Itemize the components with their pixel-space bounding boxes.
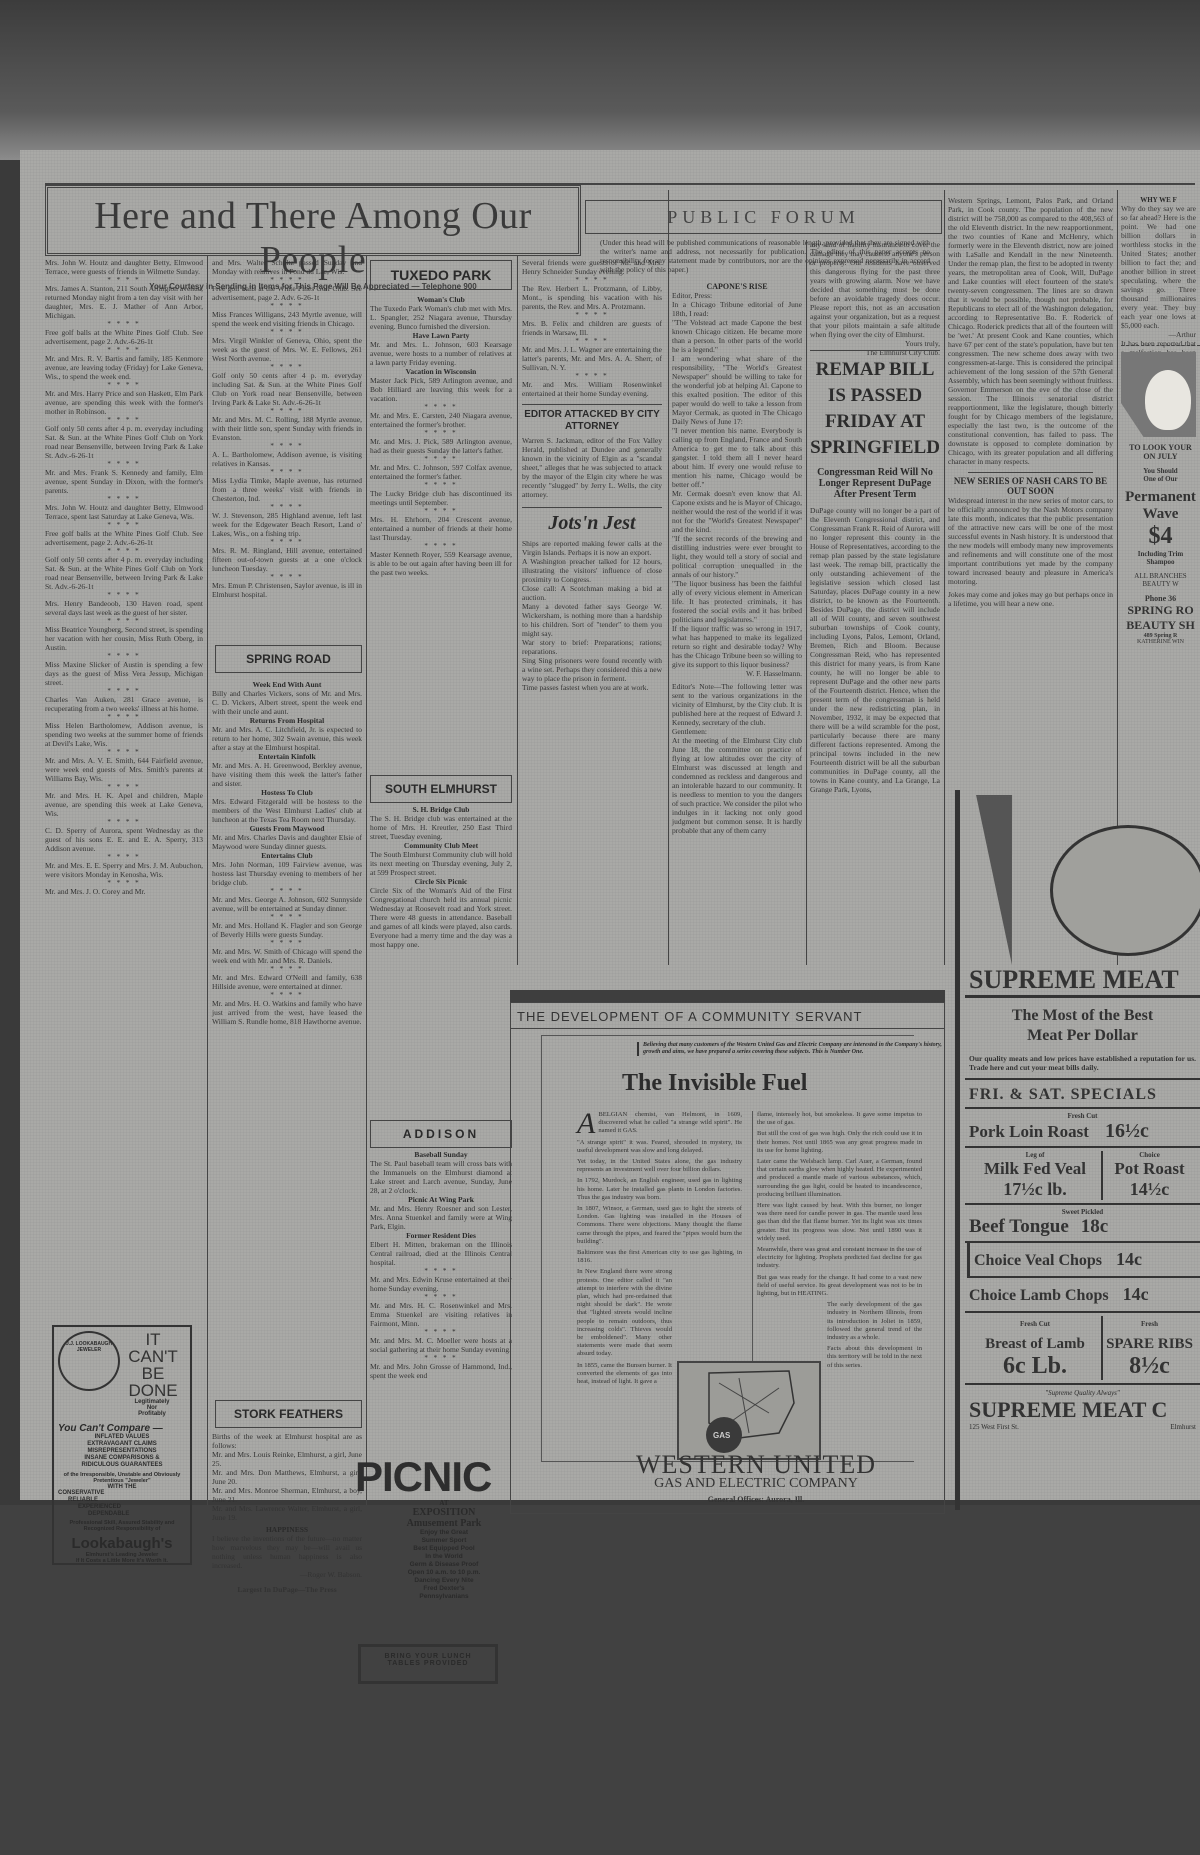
news-item: Mr. and Mrs. E. E. Sperry and Mrs. J. M.… xyxy=(45,861,203,879)
jeweler-logo: J.J. LOOKABAUGH JEWELER xyxy=(58,1331,120,1391)
news-item: Mr. and Mrs. Charles Davis and daughter … xyxy=(212,833,362,851)
subhead: Entertains Club xyxy=(212,851,362,860)
separator: * * * * xyxy=(45,748,203,756)
news-item: Mr. and Mrs. H. C. Rosenwinkel and Mrs. … xyxy=(370,1301,512,1328)
picnic-at: AT xyxy=(383,1499,505,1507)
picnic-line: Germ & Disease Proof xyxy=(383,1561,505,1569)
news-item: Billy and Charles Vickers, sons of Mr. a… xyxy=(212,689,362,716)
news-item: Mr. and Mrs. A. C. Litchfield, Jr. is ex… xyxy=(212,725,362,752)
news-item: The Lucky Bridge club has discontinued i… xyxy=(370,489,512,507)
roast-platter-icon xyxy=(1050,825,1200,956)
meat-item-name: Beef Tongue xyxy=(969,1216,1069,1237)
jeweler-quality: DEPENDABLE xyxy=(58,1511,186,1518)
jeweler-sub: Profitably xyxy=(118,1411,186,1417)
meat-item-price: 14½c xyxy=(1103,1179,1196,1200)
happiness-title: HAPPINESS xyxy=(212,1525,362,1534)
news-item: Master Jack Pick, 589 Arlington avenue, … xyxy=(370,376,512,403)
jots-item: Close call: A Scotchman making a bid at … xyxy=(522,584,662,602)
gas-headline: The Invisible Fuel xyxy=(622,1070,952,1097)
jots-item: Many a devoted father says George W. Wic… xyxy=(522,602,662,638)
gas-paragraph: Facts about this development in this ter… xyxy=(827,1345,922,1370)
separator: * * * * xyxy=(522,337,662,345)
forum-text: any kind of liability insurance to cover… xyxy=(810,240,940,339)
forum-col-2: any kind of liability insurance to cover… xyxy=(810,240,940,357)
news-item: Mr. and Mrs. Frank S. Kennedy and family… xyxy=(45,468,203,495)
news-item: Circle Six of the Woman's Aid of the Fir… xyxy=(370,886,512,949)
separator: * * * * xyxy=(212,407,362,415)
separator: * * * * xyxy=(212,503,362,511)
beauty-shop2: BEAUTY SH xyxy=(1121,618,1200,633)
gas-col-1: A BELGIAN chemist, van Helmont, in 1609,… xyxy=(577,1111,742,1386)
picnic-footer2: TABLES PROVIDED xyxy=(361,1660,495,1667)
meat-footer: SUPREME MEAT C xyxy=(965,1397,1200,1423)
news-item: Mr. and Mrs. C. Johnson, 597 Colfax aven… xyxy=(370,463,512,481)
meat-item-name: Pot Roast xyxy=(1103,1159,1196,1179)
subhead: Returns From Hospital xyxy=(212,716,362,725)
news-item: Free golf balls at the White Pines Golf … xyxy=(45,529,203,547)
jeweler-ad: J.J. LOOKABAUGH JEWELER IT CAN'T BE DONE… xyxy=(52,1325,192,1565)
letter-signature: W. F. Hasselmann. xyxy=(672,669,802,678)
meat-item-pre: Fresh Cut xyxy=(969,1320,1101,1328)
news-item: Charles Van Auken, 281 Grace avenue, is … xyxy=(45,695,203,713)
news-item: Mr. and Mrs. Henry Roesner and son Leste… xyxy=(370,1204,512,1231)
gas-paragraph: Later came the Welsbach lamp. Carl Auer,… xyxy=(757,1158,922,1199)
separator: * * * * xyxy=(370,429,512,437)
addison-heading: ADDISON xyxy=(370,1120,512,1148)
jeweler-list-item: MISREPRESENTATIONS xyxy=(58,1448,186,1455)
separator: * * * * xyxy=(45,381,203,389)
news-item: The S. H. Bridge club was entertained at… xyxy=(370,814,512,841)
meat-title: SUPREME MEAT xyxy=(965,965,1200,998)
jots-item: A Washington preacher talked for 12 hour… xyxy=(522,557,662,584)
news-item: Miss Frances Willigans, 243 Myrtle avenu… xyxy=(212,310,362,328)
news-item: Mrs. Virgil Winkler of Geneva, Ohio, spe… xyxy=(212,336,362,363)
column-4: Several friends were guests of Mr. and M… xyxy=(522,258,662,692)
separator: * * * * xyxy=(45,652,203,660)
meat-item: Sweet Pickled Beef Tongue 18c xyxy=(965,1205,1200,1243)
news-item: Mr. and Mrs. William Rosenwinkel enterta… xyxy=(522,380,662,398)
letter-paragraph: I am wondering what share of the respons… xyxy=(672,354,802,426)
editor-attacked-text: Warren S. Jackman, editor of the Fox Val… xyxy=(522,436,662,499)
separator: * * * * xyxy=(212,913,362,921)
meat-ad-border xyxy=(955,790,960,1510)
company-offices: General Offices: Aurora, Ill. xyxy=(586,1495,926,1504)
happiness-author: —Roger W. Babson. xyxy=(212,1570,362,1579)
news-item: Golf only 50 cents after 4 p. m. everyda… xyxy=(212,371,362,407)
subhead: Entertain Kinfolk xyxy=(212,752,362,761)
separator: * * * * xyxy=(212,302,362,310)
jeweler-headline: IT CAN'T BE DONE xyxy=(120,1331,186,1399)
meat-item-price: 14c xyxy=(1123,1284,1149,1304)
news-item: The St. Paul baseball team will cross ba… xyxy=(370,1159,512,1195)
meat-item: Fresh Cut Pork Loin Roast 16½c xyxy=(965,1109,1200,1148)
specials-heading: FRI. & SAT. SPECIALS xyxy=(965,1078,1200,1109)
separator: * * * * xyxy=(370,1328,512,1336)
news-item: Births of the week at Elmhurst hospital … xyxy=(212,1432,362,1450)
column-1: Mrs. John W. Houtz and daughter Betty, E… xyxy=(45,258,203,896)
jeweler-list-item: RIDICULOUS GUARANTEES xyxy=(58,1462,186,1469)
separator: * * * * xyxy=(45,713,203,721)
news-item: Mr. and Mrs. E. Carsten, 240 Niagara ave… xyxy=(370,411,512,429)
spring-road-section: Week End With Aunt Billy and Charles Vic… xyxy=(212,680,362,1026)
column-rule xyxy=(806,240,807,965)
gas-paragraph: In 1855, came the Bunsen burner. It conv… xyxy=(577,1362,672,1387)
gas-intro: Believing that many customers of the Wes… xyxy=(637,1042,943,1056)
news-item: The Tuxedo Park Woman's club met with Mr… xyxy=(370,304,512,331)
news-item: Mr. and Mrs. George A. Johnson, 602 Sunn… xyxy=(212,895,362,913)
beauty-price: $4 xyxy=(1121,523,1200,550)
subhead: Hostess To Club xyxy=(212,788,362,797)
gas-paragraph: In 1792, Murdock, an English engineer, u… xyxy=(577,1177,742,1202)
meat-motto: "Supreme Quality Always" xyxy=(965,1389,1200,1397)
remap-article: REMAP BILL IS PASSED FRIDAY AT SPRINGFIE… xyxy=(810,350,940,794)
picnic-venue: EXPOSITION xyxy=(383,1507,505,1518)
separator: * * * * xyxy=(522,372,662,380)
separator: * * * * xyxy=(45,320,203,328)
letter-title: CAPONE'S RISE xyxy=(672,282,802,291)
news-item: Golf only 50 cents after 4 p. m. everyda… xyxy=(45,555,203,591)
gas-paragraph: "A strange spirit" it was. Feared, shrou… xyxy=(577,1139,742,1155)
beauty-product2: Wave xyxy=(1121,506,1200,523)
news-item: Mr. and Mrs. Monroe Sherman, Elmhurst, a… xyxy=(212,1486,362,1504)
meat-address: 125 West First St. xyxy=(969,1423,1019,1431)
news-item: Mr. and Mrs. M. C. Moeller were hosts at… xyxy=(370,1336,512,1354)
col9-author: —Arthur xyxy=(1121,330,1196,339)
meat-item-pre: Sweet Pickled xyxy=(969,1208,1196,1216)
jeweler-list-item: INFLATED VALUES xyxy=(58,1434,186,1441)
separator: * * * * xyxy=(45,879,203,887)
letter-paragraph: "If the secret records of the brewing an… xyxy=(672,534,802,579)
news-item: Mr. and Mrs. H. K. Apel and children, Ma… xyxy=(45,791,203,818)
beauty-owner: KATHERINE WIN xyxy=(1121,639,1200,645)
jeweler-quality: RELIABLE xyxy=(58,1497,186,1504)
news-item: Mrs. Henry Bandeoob, 130 Haven road, spe… xyxy=(45,599,203,617)
separator: * * * * xyxy=(212,991,362,999)
gas-paragraph: BELGIAN chemist, van Helmont, in 1609, d… xyxy=(577,1111,742,1136)
separator: * * * * xyxy=(212,442,362,450)
separator: * * * * xyxy=(370,542,512,550)
jeweler-quality: EXPERIENCED xyxy=(58,1504,186,1511)
meat-item-price: 16½c xyxy=(1105,1120,1149,1142)
company-line2: GAS AND ELECTRIC COMPANY xyxy=(586,1477,926,1491)
meat-item-price: 8½c xyxy=(1103,1353,1196,1380)
column-rule xyxy=(366,255,367,1505)
woman-portrait-icon xyxy=(1121,352,1196,437)
meat-item-name: Milk Fed Veal xyxy=(969,1159,1101,1179)
separator: * * * * xyxy=(370,1267,512,1275)
subhead: Have Lawn Party xyxy=(370,331,512,340)
news-item: Master Kenneth Royer, 559 Kearsage avenu… xyxy=(370,550,512,577)
press-footer: Largest In DuPage—The Press xyxy=(212,1585,362,1594)
jeweler-slogan: If It Costs a Little More It's Worth It. xyxy=(58,1558,186,1564)
news-item: and Mrs. Walter Schultz passed Sunday an… xyxy=(212,258,362,276)
separator: * * * * xyxy=(370,455,512,463)
beauty-branches2: BEAUTY W xyxy=(1121,580,1200,588)
news-item: Miss Lydia Timke, Maple avenue, has retu… xyxy=(212,476,362,503)
news-item: Mrs. Edward Fitzgerald will be hostess t… xyxy=(212,797,362,824)
col9-heading: WHY WE F xyxy=(1121,196,1196,204)
gas-paragraph: Yet today, in the United States alone, t… xyxy=(577,1158,742,1174)
separator: * * * * xyxy=(45,346,203,354)
addison-section: Baseball Sunday The St. Paul baseball te… xyxy=(370,1150,512,1380)
beauty-line1: TO LOOK YOUR xyxy=(1121,443,1200,452)
meat-item-name: Choice Veal Chops xyxy=(974,1252,1102,1269)
jots-item: War story to brief: Preparations; ration… xyxy=(522,638,662,656)
separator: * * * * xyxy=(45,460,203,468)
separator: * * * * xyxy=(370,1354,512,1362)
news-item: W. J. Stevenson, 285 Highland avenue, le… xyxy=(212,511,362,538)
picnic-footer-box: BRING YOUR LUNCH TABLES PROVIDED xyxy=(358,1644,498,1684)
separator: * * * * xyxy=(45,547,203,555)
tuxedo-park-section: Woman's Club The Tuxedo Park Woman's clu… xyxy=(370,295,512,577)
subhead: Former Resident Dies xyxy=(370,1231,512,1240)
gas-paragraph: In New England there were strong protest… xyxy=(577,1268,672,1358)
jeweler-professional: Professional Skill, Assured Stability an… xyxy=(58,1520,186,1532)
gas-paragraph: In 1807, Winsor, a German, used gas to l… xyxy=(577,1205,742,1246)
news-item: Mr. and Mrs. H. O. Watkins and family wh… xyxy=(212,999,362,1026)
meat-item-pre: Leg of xyxy=(969,1151,1101,1159)
gas-dropcap: A xyxy=(577,1111,598,1137)
picnic-line: In the World xyxy=(383,1553,505,1561)
gas-paragraph: But still the cost of gas was high. Only… xyxy=(757,1130,922,1155)
beauty-including: Including Trim xyxy=(1121,550,1200,558)
news-item: Mr. and Mrs. W. Smith of Chicago will sp… xyxy=(212,947,362,965)
meat-item: Choice Veal Chops 14c xyxy=(967,1243,1200,1278)
meat-ad: SUPREME MEAT The Most of the Best Meat P… xyxy=(965,795,1200,1505)
column-rule xyxy=(944,190,945,965)
jokes-text: Jokes may come and jokes may go but perh… xyxy=(948,590,1113,608)
subhead: Circle Six Picnic xyxy=(370,877,512,886)
separator: * * * * xyxy=(45,495,203,503)
meat-tagline1: The Most of the Best xyxy=(965,1006,1200,1026)
col9-text: Why do they say we are so far ahead? Her… xyxy=(1121,204,1196,330)
news-item: Mr. and Mrs. Don Matthews, Elmhurst, a g… xyxy=(212,1468,362,1486)
news-item: Mrs. H. Ehrhorn, 204 Crescent avenue, en… xyxy=(370,515,512,542)
forum-signoff: Yours truly, xyxy=(810,339,940,348)
gas-ad: THE DEVELOPMENT OF A COMMUNITY SERVANT B… xyxy=(510,1002,945,1514)
news-item: Mr. and Mrs. L. Johnson, 603 Kearsage av… xyxy=(370,340,512,367)
beauty-line2: ON JULY xyxy=(1121,452,1200,461)
jeweler-quality: CONSERVATIVE xyxy=(58,1490,186,1497)
news-item: Mrs. B. Felix and children are guests of… xyxy=(522,319,662,337)
letter-paragraph: Mr. Cermak doesn't even know that Al. Ca… xyxy=(672,489,802,534)
news-item: Miss Helen Bartholomew, Addison avenue, … xyxy=(45,721,203,748)
jeweler-brand: Lookabaugh's xyxy=(58,1535,186,1552)
separator: * * * * xyxy=(212,538,362,546)
jeweler-list-item: INSANE COMPARISONS & xyxy=(58,1455,186,1462)
beauty-phone: Phone 36 xyxy=(1121,594,1200,603)
jots-title: Jots'n Jest xyxy=(522,507,662,535)
picnic-line: Best Equipped Pool xyxy=(383,1545,505,1553)
news-item: Mr. and Mrs. A. H. Greenwood, Berkley av… xyxy=(212,761,362,788)
forum-letter-column: CAPONE'S RISE Editor, Press: In a Chicag… xyxy=(672,282,802,835)
beauty-shampoo: Shampoo xyxy=(1121,558,1200,566)
separator: * * * * xyxy=(212,363,362,371)
letter-paragraph: "The liquor business has been the faithf… xyxy=(672,579,802,624)
editors-note: Editor's Note—The following letter was s… xyxy=(672,682,802,727)
news-item: Mr. and Mrs. Edward O'Neill and family, … xyxy=(212,973,362,991)
separator: * * * * xyxy=(212,965,362,973)
remap-continued: Western Springs, Lemont, Palos Park, and… xyxy=(948,196,1113,466)
subhead: Baseball Sunday xyxy=(370,1150,512,1159)
picnic-line: Pennsylvanians xyxy=(383,1593,505,1601)
separator: * * * * xyxy=(45,818,203,826)
spring-road-heading: SPRING ROAD xyxy=(215,645,362,673)
gas-ad-topbar xyxy=(510,990,945,1002)
news-item: Mr. and Mrs. A. V. E. Smith, 644 Fairfie… xyxy=(45,756,203,783)
picnic-line: Enjoy the Great xyxy=(383,1529,505,1537)
separator: * * * * xyxy=(212,573,362,581)
jots-item: Time passes fastest when you are at work… xyxy=(522,683,662,692)
gentlemen: Gentlemen: xyxy=(672,727,802,736)
news-item: Mrs. John Norman, 109 Fairview avenue, w… xyxy=(212,860,362,887)
beauty-line4: One of Our xyxy=(1121,475,1200,483)
stork-feathers-section: Births of the week at Elmhurst hospital … xyxy=(212,1432,362,1594)
news-item: Mr. and Mrs. Harry Price and son Haskett… xyxy=(45,389,203,416)
separator: * * * * xyxy=(370,481,512,489)
company-line1: WESTERN UNITED xyxy=(586,1453,926,1477)
subhead: Woman's Club xyxy=(370,295,512,304)
beauty-shop: SPRING RO xyxy=(1121,603,1200,618)
news-item: Mrs. James A. Stanton, 211 South Arlingt… xyxy=(45,284,203,320)
stork-feathers-heading: STORK FEATHERS xyxy=(215,1400,362,1428)
letter-paragraph: In a Chicago Tribune editorial of June 1… xyxy=(672,300,802,318)
column-2: and Mrs. Walter Schultz passed Sunday an… xyxy=(212,258,362,599)
gas-paragraph: flame, intensely hot, but smokeless. It … xyxy=(757,1111,922,1127)
news-item: Mrs. R. M. Ringland, Hill avenue, entert… xyxy=(212,546,362,573)
beauty-branches: ALL BRANCHES xyxy=(1121,572,1200,580)
gas-paragraph: Here was light caused by heat. With this… xyxy=(757,1202,922,1243)
news-item: Free golf balls at the White Pines Golf … xyxy=(45,328,203,346)
meat-item-price: 6c Lb. xyxy=(969,1353,1101,1380)
news-item: Miss Maxine Slicker of Austin is spendin… xyxy=(45,660,203,687)
separator: * * * * xyxy=(45,276,203,284)
separator: * * * * xyxy=(45,591,203,599)
nash-text: Widespread interest in the new series of… xyxy=(948,496,1113,586)
separator: * * * * xyxy=(370,507,512,515)
meat-tagline2: Meat Per Dollar xyxy=(965,1026,1200,1046)
gas-paragraph: But gas was ready for the change. It had… xyxy=(757,1274,922,1299)
column-rule xyxy=(517,255,518,965)
news-item: Mr. and Mrs. J. L. Wagner are entertaini… xyxy=(522,345,662,372)
map-gas-label: GAS xyxy=(713,1431,730,1440)
picnic-venue2: Amusement Park xyxy=(383,1518,505,1529)
meat-item-price: 18c xyxy=(1081,1216,1108,1237)
separator: * * * * xyxy=(45,521,203,529)
news-item: The South Elmhurst Community club will h… xyxy=(370,850,512,877)
gas-col-2: flame, intensely hot, but smokeless. It … xyxy=(752,1111,922,1370)
subhead: Week End With Aunt xyxy=(212,680,362,689)
news-item: A. L. Bartholomew, Addison avenue, is vi… xyxy=(212,450,362,468)
news-item: Mr. and Mrs. Lawrence Walter, Elmhurst, … xyxy=(212,1504,362,1522)
public-forum-heading: PUBLIC FORUM xyxy=(585,200,942,234)
separator: * * * * xyxy=(522,276,662,284)
separator: * * * * xyxy=(370,1293,512,1301)
column-rule xyxy=(668,190,669,965)
jeweler-list-item: EXTRAVAGANT CLAIMS xyxy=(58,1441,186,1448)
news-item: Mr. and Mrs. John Grosse of Hammond, Ind… xyxy=(370,1362,512,1380)
remap-subhead: Congressman Reid Will No Longer Represen… xyxy=(810,467,940,500)
separator: * * * * xyxy=(45,783,203,791)
happiness-text: I believe the inventions of the future—n… xyxy=(212,1534,362,1570)
subhead: Vacation in Wisconsin xyxy=(370,367,512,376)
meat-item-pair: Leg of Milk Fed Veal 17½c lb. Choice Pot… xyxy=(965,1148,1200,1205)
meat-item-name: Pork Loin Roast xyxy=(969,1122,1089,1141)
jeweler-compare: You Can't Compare — xyxy=(58,1423,186,1434)
separator: * * * * xyxy=(45,853,203,861)
news-item: The Rev. Herbert L. Protzmann, of Libby,… xyxy=(522,284,662,311)
news-item: C. D. Sperry of Aurora, spent Wednesday … xyxy=(45,826,203,853)
meat-city: Elmhurst xyxy=(1170,1423,1196,1431)
letter-salutation: Editor, Press: xyxy=(672,291,802,300)
meat-blurb: Our quality meats and low prices have es… xyxy=(965,1054,1200,1072)
separator: * * * * xyxy=(45,416,203,424)
subhead: S. H. Bridge Club xyxy=(370,805,512,814)
meat-item-name: Breast of Lamb xyxy=(969,1336,1101,1353)
letter-paragraph: If the liquor traffic was so wrong in 19… xyxy=(672,624,802,669)
news-item: Mr. and Mrs. R. V. Bartis and family, 18… xyxy=(45,354,203,381)
news-item: Mrs. Emun P. Christensen, Saylor avenue,… xyxy=(212,581,362,599)
meat-item-pre: Fresh xyxy=(1103,1320,1196,1328)
news-item: Mrs. John W. Houtz and daughter Betty, E… xyxy=(45,258,203,276)
separator: * * * * xyxy=(212,887,362,895)
beauty-ad: TO LOOK YOUR ON JULY You Should One of O… xyxy=(1121,345,1200,756)
meat-item-price: 14c xyxy=(1116,1249,1142,1269)
jots-item: Ships are reported making fewer calls at… xyxy=(522,539,662,557)
separator: * * * * xyxy=(45,617,203,625)
separator: * * * * xyxy=(212,939,362,947)
letter-paragraph: "The Volstead act made Capone the best k… xyxy=(672,318,802,354)
gas-paragraph: Meanwhile, there was great and constant … xyxy=(757,1246,922,1271)
subhead: Community Club Meet xyxy=(370,841,512,850)
remap-text: DuPage county will no longer be a part o… xyxy=(810,506,940,794)
beauty-product: Permanent xyxy=(1121,489,1200,506)
map-svg-icon xyxy=(679,1363,819,1458)
news-item: Mr. and Mrs. Louis Reinke, Elmhurst, a g… xyxy=(212,1450,362,1468)
meat-item-price: 17½c lb. xyxy=(969,1179,1101,1200)
news-item: Mr. and Mrs. Holland K. Flagler and son … xyxy=(212,921,362,939)
gas-section-title: THE DEVELOPMENT OF A COMMUNITY SERVANT xyxy=(511,1003,944,1029)
subhead: Picnic At Wing Park xyxy=(370,1195,512,1204)
beauty-line3: You Should xyxy=(1121,467,1200,475)
south-elmhurst-section: S. H. Bridge Club The S. H. Bridge club … xyxy=(370,805,512,949)
meat-item-name: SPARE RIBS xyxy=(1103,1336,1196,1353)
meat-item: Choice Lamb Chops 14c xyxy=(965,1278,1200,1313)
meat-item-pre: Choice xyxy=(1103,1151,1196,1159)
news-item: Mr. and Mrs. J. O. Corey and Mr. xyxy=(45,887,203,896)
arrow-pointer-icon xyxy=(976,795,1030,965)
tuxedo-park-heading: TUXEDO PARK xyxy=(370,260,512,290)
separator: * * * * xyxy=(212,276,362,284)
meat-illustration xyxy=(965,795,1200,965)
city-club-letter: At the meeting of the Elmhurst City club… xyxy=(672,736,802,835)
subhead: Guests From Maywood xyxy=(212,824,362,833)
editor-attacked-headline: EDITOR ATTACKED BY CITY ATTORNEY xyxy=(522,404,662,433)
separator: * * * * xyxy=(370,403,512,411)
picnic-ad: PICNIC AT EXPOSITION Amusement Park Enjo… xyxy=(355,1455,505,1645)
jots-item: Sing Sing prisoners were found recently … xyxy=(522,656,662,683)
picnic-line: Summer Sport xyxy=(383,1537,505,1545)
meat-item-name: Choice Lamb Chops xyxy=(969,1287,1109,1304)
gas-paragraph: The early development of the gas industr… xyxy=(827,1301,922,1342)
separator: * * * * xyxy=(212,328,362,336)
page-banner: Here and There Among Our People Your Cou… xyxy=(45,185,581,256)
news-item: Golf only 50 cents after 4 p. m. everyda… xyxy=(45,424,203,460)
separator: * * * * xyxy=(522,311,662,319)
picnic-footer1: BRING YOUR LUNCH xyxy=(361,1653,495,1660)
jeweler-of-the: of the Irresponsible, Unstable and Obvio… xyxy=(58,1472,186,1484)
news-item: Mr. and Mrs. Edwin Kruse entertained at … xyxy=(370,1275,512,1293)
